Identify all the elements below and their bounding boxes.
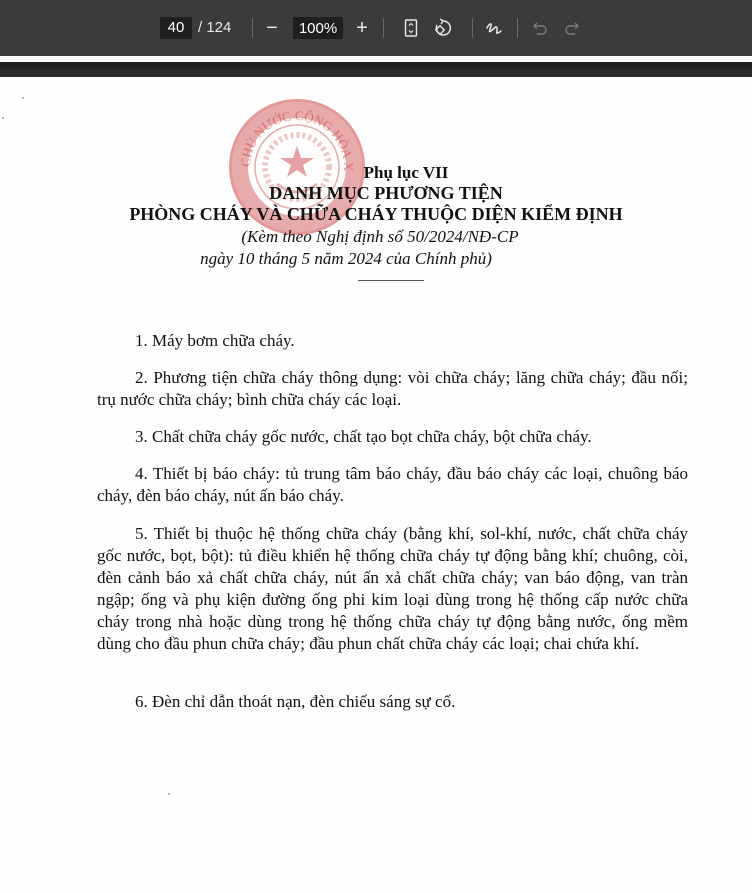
pdf-toolbar: / 124 − + bbox=[0, 0, 752, 56]
toolbar-divider bbox=[472, 18, 473, 38]
appendix-label: Phụ lục VII bbox=[30, 163, 752, 183]
reference-line-1: (Kèm theo Nghị định số 50/2024/NĐ-CP bbox=[4, 227, 752, 247]
rotate-icon bbox=[433, 18, 453, 38]
zoom-level-input[interactable] bbox=[293, 17, 343, 39]
toolbar-divider bbox=[517, 18, 518, 38]
title-divider bbox=[358, 280, 424, 281]
zoom-in-button[interactable]: + bbox=[349, 14, 375, 42]
list-item: 6. Đèn chỉ dẫn thoát nạn, đèn chiếu sáng… bbox=[97, 691, 688, 713]
undo-button[interactable] bbox=[527, 14, 553, 42]
plus-icon: + bbox=[356, 17, 368, 40]
toolbar-divider bbox=[383, 18, 384, 38]
scan-speck bbox=[2, 117, 4, 119]
scan-speck bbox=[168, 793, 170, 795]
minus-icon: − bbox=[266, 17, 278, 40]
list-item: 3. Chất chữa cháy gốc nước, chất tạo bọt… bbox=[97, 426, 688, 448]
title-line-1: DANH MỤC PHƯƠNG TIỆN bbox=[10, 183, 752, 204]
draw-button[interactable] bbox=[481, 14, 507, 42]
page-top-edge bbox=[0, 62, 752, 77]
list-item: 2. Phương tiện chữa cháy thông dụng: vòi… bbox=[97, 367, 688, 411]
page-number-input[interactable] bbox=[160, 17, 192, 39]
draw-icon bbox=[485, 19, 503, 37]
list-item: 4. Thiết bị báo cháy: tủ trung tâm báo c… bbox=[97, 463, 688, 507]
scan-speck bbox=[22, 97, 24, 99]
pdf-page: CHỦ NƯỚC CỘNG HÒA X.H.C.N Phụ lục VII DA… bbox=[0, 77, 752, 893]
list-item: 5. Thiết bị thuộc hệ thống chữa cháy (bằ… bbox=[97, 523, 688, 655]
zoom-out-button[interactable]: − bbox=[259, 14, 285, 42]
redo-icon bbox=[564, 20, 580, 36]
list-item: 1. Máy bơm chữa cháy. bbox=[97, 330, 688, 352]
fit-to-page-button[interactable] bbox=[398, 14, 424, 42]
undo-icon bbox=[532, 20, 548, 36]
reference-line-2: ngày 10 tháng 5 năm 2024 của Chính phủ) bbox=[0, 249, 722, 269]
redo-button[interactable] bbox=[559, 14, 585, 42]
rotate-button[interactable] bbox=[430, 14, 456, 42]
title-line-2: PHÒNG CHÁY VÀ CHỮA CHÁY THUỘC DIỆN KIỂM … bbox=[0, 204, 752, 225]
fit-to-page-icon bbox=[404, 19, 418, 37]
toolbar-divider bbox=[252, 18, 253, 38]
total-pages-label: / 124 bbox=[198, 19, 231, 36]
